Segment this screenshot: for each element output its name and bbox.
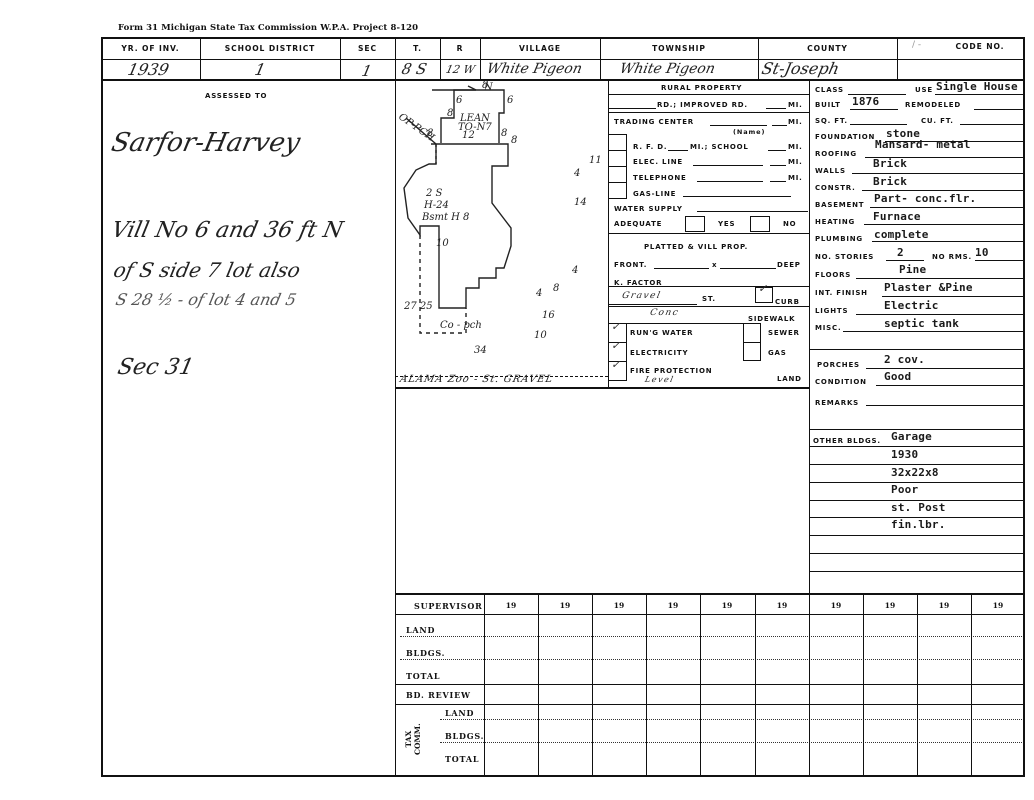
gas-line-label: GAS-LINE	[633, 190, 676, 198]
mi-label: MI.	[788, 101, 803, 109]
header-label-village: VILLAGE	[480, 44, 600, 53]
heating-label: HEATING	[815, 218, 855, 226]
rule	[395, 704, 1025, 705]
board-review-label: BD. REVIEW	[406, 690, 471, 700]
header-label-range: R	[440, 44, 480, 53]
street-name[interactable]: ALAMA Zoo - St. GRAVEL	[399, 374, 554, 385]
land-label: LAND	[777, 375, 802, 383]
plumbing-label: PLUMBING	[815, 235, 863, 243]
year-column-divider	[700, 593, 701, 777]
other-buildings-rule	[809, 482, 1025, 483]
roofing-label: ROOFING	[815, 150, 857, 158]
curb-label: CURB	[775, 298, 800, 306]
mi-label: MI.	[788, 118, 803, 126]
code-no-field[interactable]	[900, 62, 1024, 78]
dotted-rule	[400, 636, 1022, 637]
sidewalk-value[interactable]: Conc	[649, 308, 680, 318]
rule	[608, 112, 809, 113]
misc-value[interactable]: septic tank	[884, 317, 959, 330]
other-building-line[interactable]: Garage	[891, 430, 932, 443]
street-type-value[interactable]: Gravel	[621, 291, 662, 301]
telephone-mi-field[interactable]	[770, 181, 786, 182]
header-label-school-district: SCHOOL DISTRICT	[200, 44, 340, 53]
rule	[872, 241, 1025, 242]
other-buildings-rule	[809, 571, 1025, 572]
no-label: NO	[783, 220, 796, 228]
svg-text:Bsmt H 8: Bsmt H 8	[421, 212, 469, 223]
elec-line-field[interactable]	[693, 165, 763, 166]
tax-label: TAX	[404, 723, 413, 755]
header-divider	[101, 59, 1025, 60]
year-column-divider	[592, 593, 593, 777]
heating-value[interactable]: Furnace	[873, 210, 921, 223]
road-field[interactable]	[609, 108, 656, 109]
year-column-header[interactable]: 19	[646, 601, 700, 610]
county-value[interactable]: St-Joseph	[760, 59, 841, 78]
sketch-bottom-rule	[395, 387, 809, 389]
land-value[interactable]: Level	[644, 375, 675, 384]
svg-text:8: 8	[511, 135, 517, 146]
range-value[interactable]: 12 W	[445, 63, 477, 76]
land-label: LAND	[406, 625, 435, 635]
col-divider	[897, 37, 898, 79]
trading-center-mi-field[interactable]	[772, 125, 787, 126]
adequate-label: ADEQUATE	[614, 220, 662, 228]
year-column-divider	[646, 593, 647, 777]
remarks-field[interactable]	[866, 405, 1025, 406]
cu-ft-label: CU. FT.	[921, 117, 954, 125]
telephone-label: TELEPHONE	[633, 174, 687, 182]
year-column-header[interactable]: 19	[592, 601, 646, 610]
col-divider	[809, 79, 810, 593]
svg-text:14: 14	[574, 197, 587, 208]
telephone-checkbox[interactable]	[608, 166, 627, 183]
mi-label: MI.	[788, 143, 803, 151]
other-buildings-rule	[809, 517, 1025, 518]
class-label: CLASS	[815, 86, 844, 94]
svg-text:11: 11	[589, 155, 602, 166]
tax-comm-land-label: LAND	[445, 708, 474, 718]
valuation-top-rule	[395, 593, 1025, 595]
legal-description-line[interactable]: Sec 31	[115, 355, 196, 380]
year-column-header[interactable]: 19	[917, 601, 971, 610]
header-label-township: TOWNSHIP	[600, 44, 758, 53]
township-t-value[interactable]: 8 S	[400, 60, 428, 78]
code-mark: / -	[912, 40, 921, 50]
dotted-rule	[440, 742, 1022, 743]
svg-text:10: 10	[534, 330, 547, 341]
deep-field[interactable]	[720, 268, 776, 269]
svg-text:16: 16	[542, 310, 555, 321]
year-column-divider	[917, 593, 918, 777]
svg-text:2 S: 2 S	[425, 188, 443, 199]
year-column-header[interactable]: 19	[484, 601, 538, 610]
remarks-label: REMARKS	[815, 399, 859, 407]
rule	[882, 296, 1025, 297]
mi-label: MI.	[788, 158, 803, 166]
int-finish-value[interactable]: Plaster &Pine	[884, 281, 973, 294]
rule	[886, 260, 924, 261]
floors-label: FLOORS	[815, 271, 851, 279]
sidewalk-label: SIDEWALK	[748, 315, 795, 323]
year-column-header[interactable]: 19	[755, 601, 809, 610]
village-value[interactable]: White Pigeon	[485, 61, 583, 77]
other-building-line[interactable]: Poor	[891, 483, 918, 496]
gas-line-checkbox[interactable]	[608, 182, 627, 199]
built-value[interactable]: 1876	[852, 95, 879, 108]
year-column-divider	[484, 593, 485, 777]
legal-description-line[interactable]: Vill No 6 and 36 ft N	[109, 218, 345, 243]
rule	[856, 278, 1025, 279]
front-field[interactable]	[654, 268, 709, 269]
rooms-label: NO RMS.	[932, 253, 972, 261]
assessed-to-label: ASSESSED TO	[205, 92, 267, 100]
by-label: x	[712, 261, 717, 269]
constr-value[interactable]: Brick	[873, 175, 907, 188]
rfd-field[interactable]	[668, 150, 688, 151]
year-column-divider	[863, 593, 864, 777]
rfd-label: R. F. D.	[633, 143, 667, 151]
svg-text:Co - pch: Co - pch	[440, 320, 482, 331]
svg-text:34: 34	[474, 345, 487, 356]
water-supply-field[interactable]	[697, 211, 808, 212]
rule	[608, 323, 748, 324]
other-buildings-label: OTHER BLDGS.	[813, 437, 881, 445]
rural-property-title: RURAL PROPERTY	[661, 84, 742, 92]
int-finish-label: INT. FINISH	[815, 289, 868, 297]
name-caption: (Name)	[733, 128, 765, 136]
svg-text:27 25: 27 25	[403, 301, 433, 312]
svg-text:10: 10	[436, 238, 449, 249]
sq-ft-label: SQ. FT.	[815, 117, 848, 125]
year-column-header[interactable]: 19	[538, 601, 592, 610]
form-title: Form 31 Michigan State Tax Commission W.…	[118, 23, 418, 33]
plumbing-value[interactable]: complete	[874, 228, 929, 241]
stories-label: NO. STORIES	[815, 253, 874, 261]
gas-label: GAS	[768, 349, 787, 357]
floors-value[interactable]: Pine	[899, 263, 926, 276]
svg-text:8: 8	[553, 283, 559, 294]
year-of-inventory-value[interactable]: 1939	[126, 60, 171, 79]
constr-label: CONSTR.	[815, 184, 856, 192]
trading-center-label: TRADING CENTER	[614, 118, 694, 126]
misc-label: MISC.	[815, 324, 841, 332]
year-column-header[interactable]: 19	[700, 601, 754, 610]
remodeled-field[interactable]	[974, 109, 1025, 110]
gas-line-field[interactable]	[683, 196, 791, 197]
year-column-header[interactable]: 19	[809, 601, 863, 610]
svg-text:4: 4	[571, 265, 578, 276]
rule	[850, 109, 898, 110]
svg-text:12: 12	[462, 130, 475, 141]
adequate-yes-checkbox[interactable]	[685, 216, 705, 232]
rule	[809, 349, 1025, 350]
owner-name[interactable]: Sarfor-Harvey	[109, 128, 303, 158]
telephone-field[interactable]	[697, 181, 763, 182]
svg-text:8: 8	[447, 108, 453, 119]
total-label: TOTAL	[406, 671, 440, 681]
running-water-label: RUN'G WATER	[630, 329, 693, 337]
school-field[interactable]	[768, 150, 786, 151]
other-buildings-rule	[809, 500, 1025, 501]
svg-text:8: 8	[501, 128, 507, 139]
other-buildings-rule	[809, 553, 1025, 554]
tax-commission-label: TAX COMM.	[404, 723, 422, 755]
porches-label: PORCHES	[817, 361, 860, 369]
svg-text:6: 6	[507, 95, 514, 106]
header-label-year: YR. OF INV.	[101, 44, 200, 53]
condition-label: CONDITION	[815, 378, 867, 386]
gas-checkbox[interactable]	[743, 342, 761, 361]
year-column-divider	[971, 593, 972, 777]
rule	[852, 173, 1025, 174]
buildings-label: BLDGS.	[406, 648, 445, 658]
header-label-sec: SEC	[340, 44, 395, 53]
elec-line-checkbox[interactable]	[608, 150, 627, 167]
yes-label: YES	[718, 220, 735, 228]
cu-ft-field[interactable]	[960, 124, 1025, 125]
basement-value[interactable]: Part- conc.flr.	[874, 192, 976, 205]
walls-label: WALLS	[815, 167, 846, 175]
use-label: USE	[915, 86, 933, 94]
school-label: MI.; SCHOOL	[690, 143, 749, 151]
header-label-county: COUNTY	[758, 44, 897, 53]
rule	[876, 385, 1025, 386]
header-label-code-no: CODE NO.	[935, 42, 1025, 51]
lights-label: LIGHTS	[815, 307, 848, 315]
svg-text:H-24: H-24	[423, 200, 449, 211]
sewer-checkbox[interactable]	[743, 323, 761, 343]
svg-text:6: 6	[456, 95, 463, 106]
legal-description-line[interactable]: S 28 ½ - of lot 4 and 5	[114, 290, 298, 309]
lights-value[interactable]: Electric	[884, 299, 939, 312]
walls-value[interactable]: Brick	[873, 157, 907, 170]
use-value[interactable]: Single House	[936, 80, 1018, 93]
adequate-no-checkbox[interactable]	[750, 216, 770, 232]
sewer-label: SEWER	[768, 329, 800, 337]
rule	[608, 233, 809, 234]
platted-title: PLATTED & VILL PROP.	[644, 243, 748, 251]
elec-line-mi-field[interactable]	[770, 165, 786, 166]
header-label-township-t: T.	[395, 44, 440, 53]
year-column-divider	[809, 593, 810, 777]
other-buildings-rule	[809, 464, 1025, 465]
year-column-header[interactable]: 19	[863, 601, 917, 610]
electricity-label: ELECTRICITY	[630, 349, 688, 357]
other-building-line[interactable]: st. Post	[891, 501, 946, 514]
township-value[interactable]: White Pigeon	[618, 61, 716, 77]
rule	[395, 684, 1025, 685]
rooms-value[interactable]: 10	[975, 246, 989, 259]
rule	[395, 614, 1025, 615]
built-label: BUILT	[815, 101, 841, 109]
other-building-line[interactable]: fin.lbr.	[891, 518, 946, 531]
other-buildings-rule	[809, 446, 1025, 447]
fire-protection-label: FIRE PROTECTION	[630, 367, 712, 375]
condition-value[interactable]: Good	[884, 370, 911, 383]
other-buildings-rule	[809, 535, 1025, 536]
year-column-divider	[538, 593, 539, 777]
water-supply-label: WATER SUPPLY	[614, 205, 683, 213]
foundation-label: FOUNDATION	[815, 133, 875, 141]
supervisor-label: SUPERVISOR	[414, 601, 483, 611]
basement-label: BASEMENT	[815, 201, 864, 209]
remodeled-label: REMODELED	[905, 101, 961, 109]
front-label: FRONT.	[614, 261, 647, 269]
legal-description-line[interactable]: of S side 7 lot also	[111, 258, 302, 282]
tax-comm-total-label: TOTAL	[445, 754, 479, 764]
year-column-header[interactable]: 19	[971, 601, 1025, 610]
porches-value[interactable]: 2 cov.	[884, 353, 925, 366]
svg-text:N: N	[483, 82, 494, 93]
comm-label: COMM.	[413, 723, 422, 755]
other-building-line[interactable]: 1930	[891, 448, 918, 461]
other-building-line[interactable]: 32x22x8	[891, 466, 939, 479]
tax-comm-bldgs-label: BLDGS.	[445, 731, 484, 741]
rule	[843, 331, 1025, 332]
rule	[866, 368, 1025, 369]
rule	[870, 207, 1025, 208]
rule	[856, 314, 1025, 315]
rule	[608, 286, 809, 287]
rule	[864, 224, 1025, 225]
deep-label: DEEP	[777, 261, 801, 269]
elec-line-label: ELEC. LINE	[633, 158, 683, 166]
rfd-checkbox[interactable]	[608, 134, 627, 151]
dotted-rule	[440, 719, 1022, 720]
improved-road-label: RD.; IMPROVED RD.	[657, 101, 748, 109]
roofing-value[interactable]: Mansard- metal	[875, 138, 971, 151]
rule	[862, 190, 1025, 191]
improved-road-field[interactable]	[766, 108, 786, 109]
trading-center-field[interactable]	[710, 125, 767, 126]
rule	[608, 94, 809, 95]
rule	[935, 94, 1025, 95]
year-column-divider	[755, 593, 756, 777]
rule	[975, 260, 1025, 261]
building-sketch: 8 6 6 8 8 8 8 LEAN TO-N7 OP-PCH 12 11 4 …	[396, 78, 606, 388]
sq-ft-field[interactable]	[850, 124, 907, 125]
street-type-underline	[609, 304, 697, 305]
dotted-rule	[400, 659, 1022, 660]
rule	[608, 306, 809, 307]
svg-text:4: 4	[573, 168, 580, 179]
street-label: ST.	[702, 295, 716, 303]
svg-text:4: 4	[535, 288, 542, 299]
stories-value[interactable]: 2	[897, 246, 904, 259]
mi-label: MI.	[788, 174, 803, 182]
